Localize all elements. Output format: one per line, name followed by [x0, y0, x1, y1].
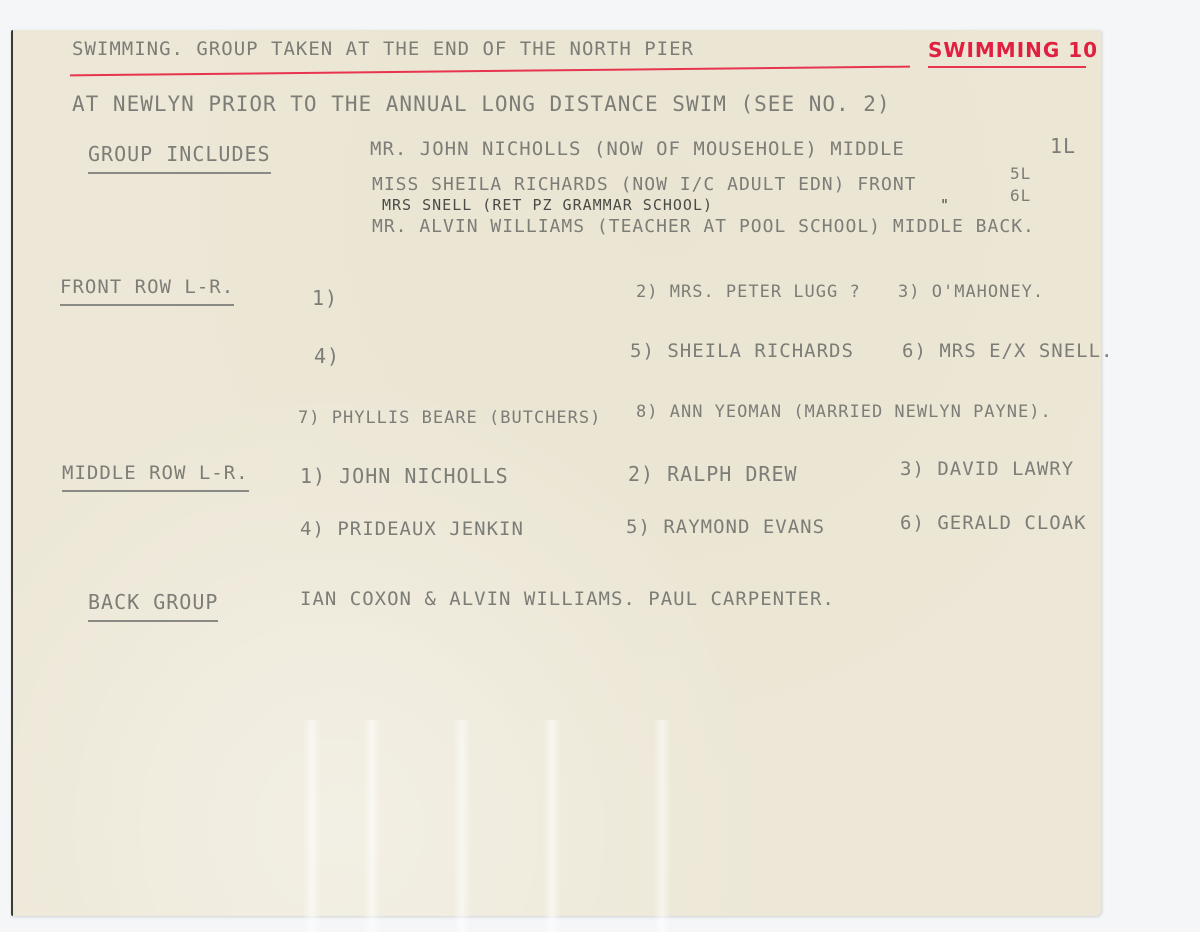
reference-label: SWIMMING 10: [928, 38, 1098, 62]
front-row-item-4: 4): [314, 344, 340, 368]
group-entry-3: MRS SNELL (RET PZ GRAMMAR SCHOOL): [382, 196, 713, 214]
group-entry-3-ditto: ": [940, 196, 950, 214]
middle-row-item-4: 4) PRIDEAUX JENKIN: [300, 518, 524, 540]
back-group-names: IAN COXON & ALVIN WILLIAMS. PAUL CARPENT…: [300, 588, 835, 610]
front-row-item-8: 8) ANN YEOMAN (MARRIED NEWLYN PAYNE).: [636, 402, 1052, 422]
group-entry-2: MISS SHEILA RICHARDS (NOW I/C ADULT EDN)…: [372, 174, 917, 195]
paper-crease: [363, 720, 381, 932]
group-entry-3-position: 6L: [1010, 186, 1031, 205]
back-group-label: BACK GROUP: [88, 590, 218, 622]
middle-row-label: MIDDLE ROW L-R.: [62, 462, 249, 492]
paper-crease: [543, 720, 561, 932]
paper-crease: [653, 720, 671, 932]
paper-crease: [303, 720, 321, 932]
document-title: SWIMMING. GROUP TAKEN AT THE END OF THE …: [72, 38, 694, 60]
front-row-label: FRONT ROW L-R.: [60, 276, 234, 306]
group-entry-2-position: 5L: [1010, 164, 1031, 183]
group-entry-4: MR. ALVIN WILLIAMS (TEACHER AT POOL SCHO…: [372, 216, 1035, 237]
front-row-item-5: 5) SHEILA RICHARDS: [630, 340, 854, 362]
reference-underline-red: [928, 66, 1086, 68]
middle-row-item-1: 1) JOHN NICHOLLS: [300, 464, 509, 488]
middle-row-item-5: 5) RAYMOND EVANS: [626, 516, 825, 538]
middle-row-item-2: 2) RALPH DREW: [628, 462, 798, 486]
middle-row-item-6: 6) GERALD CLOAK: [900, 512, 1087, 534]
middle-row-item-3: 3) DAVID LAWRY: [900, 458, 1074, 480]
front-row-item-7: 7) PHYLLIS BEARE (BUTCHERS): [298, 408, 601, 428]
front-row-item-3: 3) O'MAHONEY.: [898, 282, 1044, 302]
front-row-item-6: 6) MRS E/X SNELL.: [902, 340, 1114, 362]
group-entry-1-position: 1L: [1050, 134, 1076, 158]
front-row-item-2: 2) MRS. PETER LUGG ?: [636, 282, 861, 302]
intro-line: AT NEWLYN PRIOR TO THE ANNUAL LONG DISTA…: [72, 92, 891, 116]
group-includes-label: GROUP INCLUDES: [88, 142, 271, 174]
paper-crease: [453, 720, 471, 932]
group-entry-1: MR. JOHN NICHOLLS (NOW OF MOUSEHOLE) MID…: [370, 138, 905, 160]
front-row-item-1: 1): [312, 286, 338, 310]
